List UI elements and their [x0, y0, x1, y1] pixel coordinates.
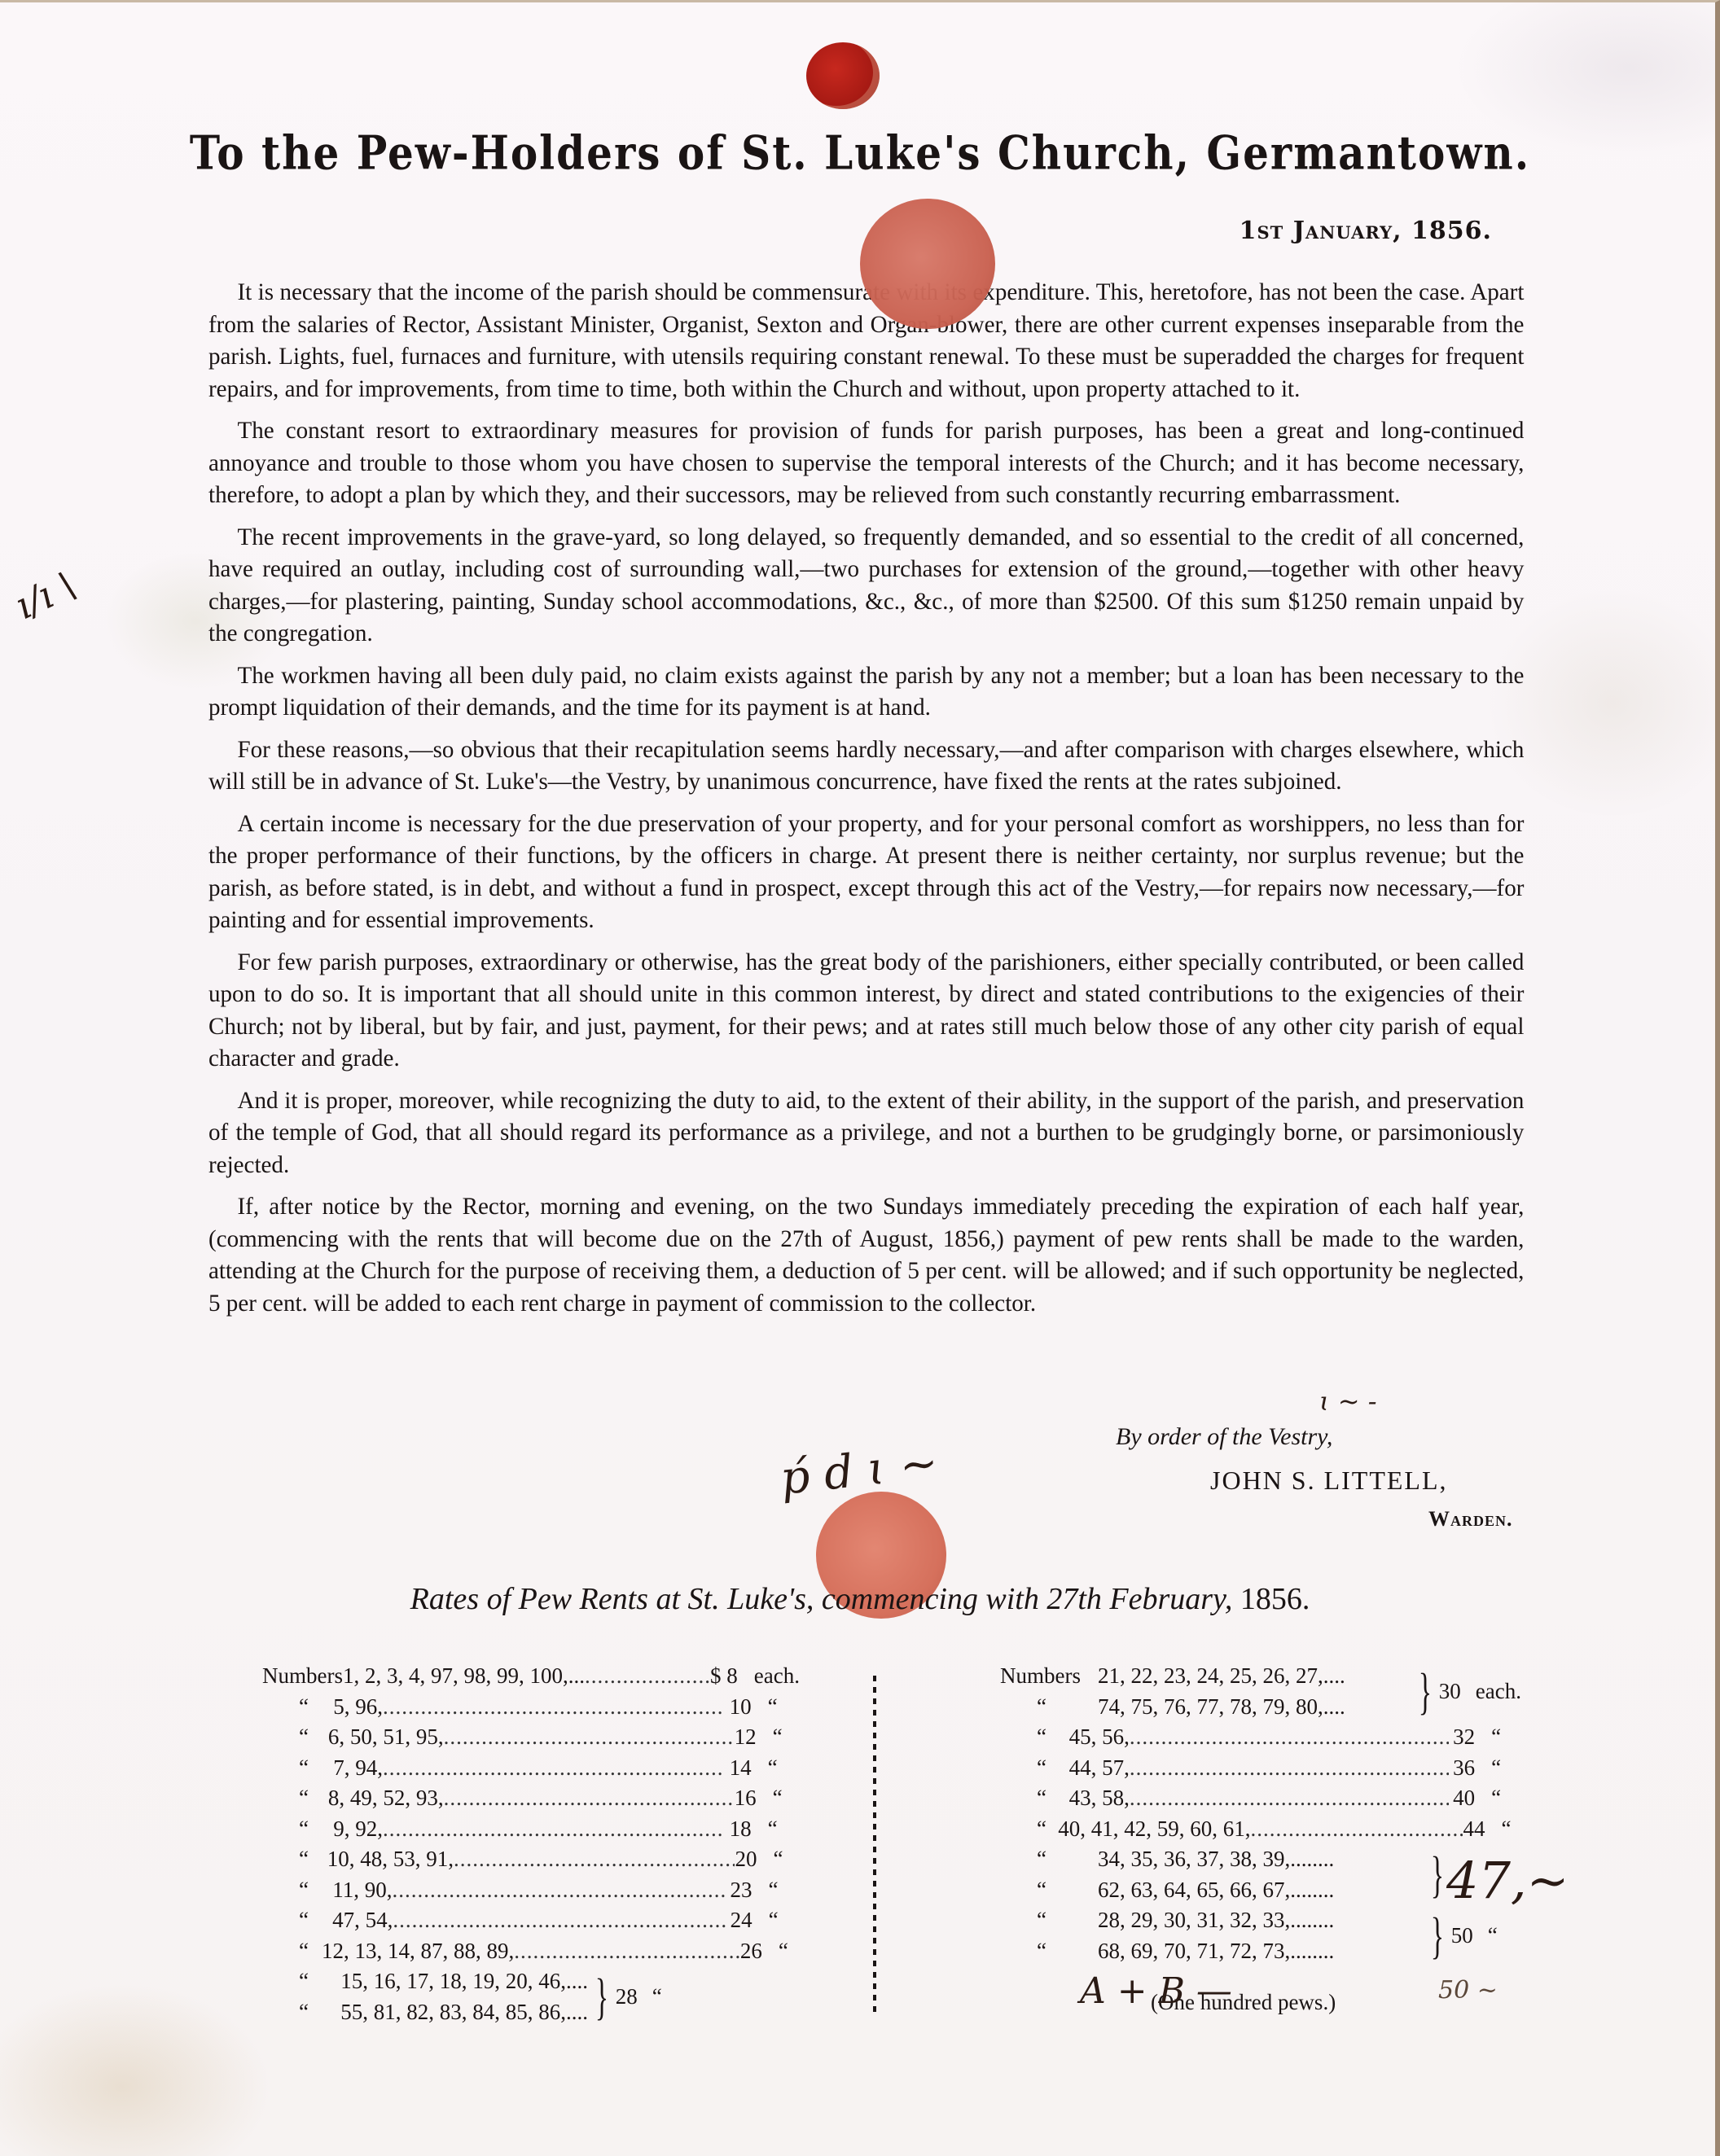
leader-dots	[383, 1814, 724, 1845]
row-label: “	[262, 1753, 333, 1784]
row-label: “	[1000, 1905, 1098, 1936]
pew-numbers: 74, 75, 76, 77, 78, 79, 80,....	[1098, 1692, 1345, 1723]
leader-dots	[514, 1936, 740, 1967]
pew-numbers: 34, 35, 36, 37, 38, 39,........	[1098, 1844, 1334, 1875]
leader-dots	[444, 1783, 733, 1814]
rate-price: 32	[1449, 1722, 1481, 1753]
rate-price: 26	[740, 1936, 769, 1967]
paragraph: It is necessary that the income of the p…	[208, 277, 1524, 405]
rate-price: 50	[1451, 1921, 1473, 1952]
rate-row: Numbers1, 2, 3, 4, 97, 98, 99, 100,...$ …	[262, 1661, 800, 1692]
leader-dots	[393, 1905, 725, 1936]
rate-group-lines: “28, 29, 30, 31, 32, 33,........“68, 69,…	[1000, 1905, 1424, 1966]
rate-group-lines: Numbers21, 22, 23, 24, 25, 26, 27,....“7…	[1000, 1661, 1411, 1722]
pew-numbers: 7, 94,	[333, 1753, 383, 1784]
rate-price: 12	[733, 1722, 763, 1753]
rate-price: 18	[724, 1814, 758, 1845]
wax-seal-top	[806, 42, 880, 109]
rate-group-lines: “15, 16, 17, 18, 19, 20, 46,....“55, 81,…	[262, 1966, 588, 2027]
pew-numbers: 11, 90,	[332, 1875, 392, 1906]
pew-numbers: 55, 81, 82, 83, 84, 85, 86,....	[340, 1997, 588, 2028]
rate-unit: “	[638, 1982, 662, 2013]
brace-icon: }	[1431, 1911, 1444, 1961]
wax-seal-middle	[860, 199, 995, 329]
leader-dots	[383, 1692, 724, 1723]
row-label: “	[262, 1692, 333, 1723]
paragraph: If, after notice by the Rector, morning …	[208, 1191, 1524, 1320]
rate-row: “9, 92,18“	[262, 1814, 800, 1845]
pew-numbers: 45, 56,	[1069, 1722, 1130, 1753]
rate-unit: “	[759, 1905, 800, 1936]
pew-numbers: 10, 48, 53, 91,	[327, 1844, 454, 1875]
brace-icon: }	[595, 1972, 608, 2022]
rate-price: 24	[726, 1905, 759, 1936]
rate-row: “43, 58,40“	[1000, 1783, 1521, 1814]
rates-table-right: Numbers21, 22, 23, 24, 25, 26, 27,....“7…	[1000, 1661, 1521, 1966]
rates-table-left: Numbers1, 2, 3, 4, 97, 98, 99, 100,...$ …	[262, 1661, 800, 2027]
brace-icon: }	[1419, 1667, 1432, 1717]
pew-numbers: 43, 58,	[1069, 1783, 1130, 1814]
pew-numbers: 1, 2, 3, 4, 97, 98, 99, 100,...	[343, 1661, 585, 1692]
rate-row: “28, 29, 30, 31, 32, 33,........	[1000, 1905, 1424, 1936]
signatory-name: JOHN S. LITTELL,	[1210, 1466, 1513, 1496]
pew-numbers: 47, 54,	[332, 1905, 393, 1936]
rate-group: “15, 16, 17, 18, 19, 20, 46,....“55, 81,…	[262, 1966, 800, 2027]
pew-numbers: 6, 50, 51, 95,	[328, 1722, 444, 1753]
row-label: “	[1000, 1814, 1058, 1845]
row-label: “	[1000, 1844, 1098, 1875]
rate-row: “55, 81, 82, 83, 84, 85, 86,....	[262, 1997, 588, 2028]
rate-price: 30	[1439, 1676, 1461, 1707]
row-label: “	[262, 1905, 332, 1936]
rate-unit: “	[1481, 1753, 1521, 1784]
rate-row: “15, 16, 17, 18, 19, 20, 46,....	[262, 1966, 588, 1997]
pew-numbers: 8, 49, 52, 93,	[328, 1783, 444, 1814]
rate-unit: “	[758, 1753, 800, 1784]
document-title: To the Pew-Holders of St. Luke's Church,…	[0, 125, 1720, 181]
rate-price: 44	[1463, 1814, 1491, 1845]
rate-price: 40	[1449, 1783, 1481, 1814]
pew-numbers: 68, 69, 70, 71, 72, 73,........	[1098, 1936, 1334, 1967]
rate-unit: “	[763, 1783, 800, 1814]
paragraph: The recent improvements in the grave-yar…	[208, 522, 1524, 651]
row-label: “	[262, 1722, 328, 1753]
row-label: “	[1000, 1875, 1098, 1906]
rate-row: “8, 49, 52, 93,16“	[262, 1783, 800, 1814]
rate-group: “34, 35, 36, 37, 38, 39,........“62, 63,…	[1000, 1844, 1521, 1905]
rate-row: “12, 13, 14, 87, 88, 89,26“	[262, 1936, 800, 1967]
rate-unit: “	[758, 1814, 800, 1845]
rate-group: Numbers21, 22, 23, 24, 25, 26, 27,....“7…	[1000, 1661, 1521, 1722]
row-label: “	[262, 1875, 332, 1906]
leader-dots	[392, 1875, 725, 1906]
rate-row: “6, 50, 51, 95,12“	[262, 1722, 800, 1753]
handwritten-scratch: ɩ ~ -	[1319, 1386, 1377, 1417]
leader-dots	[585, 1661, 710, 1692]
row-label: “	[262, 1966, 340, 1997]
leader-dots	[1130, 1783, 1450, 1814]
pew-numbers: 15, 16, 17, 18, 19, 20, 46,....	[340, 1966, 588, 1997]
rate-row: “47, 54,24“	[262, 1905, 800, 1936]
rate-unit: “	[1481, 1722, 1521, 1753]
paragraph: And it is proper, moreover, while recogn…	[208, 1085, 1524, 1182]
rate-row: “44, 57,36“	[1000, 1753, 1521, 1784]
leader-dots	[1130, 1753, 1450, 1784]
rate-row: “40, 41, 42, 59, 60, 61,44“	[1000, 1814, 1521, 1845]
rate-price: 36	[1449, 1753, 1481, 1784]
rate-row: “34, 35, 36, 37, 38, 39,........	[1000, 1844, 1424, 1875]
rate-row: “7, 94,14“	[262, 1753, 800, 1784]
paragraph: For few parish purposes, extraordinary o…	[208, 947, 1524, 1076]
leader-dots	[1130, 1722, 1450, 1753]
rate-row: “74, 75, 76, 77, 78, 79, 80,....	[1000, 1692, 1411, 1723]
rate-unit: “	[759, 1875, 800, 1906]
row-label: “	[262, 1844, 327, 1875]
row-label: “	[1000, 1783, 1069, 1814]
rate-row: “62, 63, 64, 65, 66, 67,........	[1000, 1875, 1424, 1906]
row-label: “	[262, 1997, 340, 2028]
pew-numbers: 12, 13, 14, 87, 88, 89,	[322, 1936, 514, 1967]
pew-numbers: 62, 63, 64, 65, 66, 67,........	[1098, 1875, 1334, 1906]
rate-group: “28, 29, 30, 31, 32, 33,........“68, 69,…	[1000, 1905, 1521, 1966]
leader-dots	[1251, 1814, 1463, 1845]
rate-row: “10, 48, 53, 91,20“	[262, 1844, 800, 1875]
document-body: It is necessary that the income of the p…	[208, 277, 1524, 1330]
column-divider	[873, 1676, 876, 2014]
signatory-role: Warden.	[1428, 1507, 1513, 1532]
rate-price: 28	[616, 1982, 638, 2013]
leader-dots	[454, 1844, 735, 1875]
rate-price: 20	[735, 1844, 764, 1875]
rates-heading: Rates of Pew Rents at St. Luke's, commen…	[0, 1581, 1720, 1617]
rate-price: 14	[724, 1753, 758, 1784]
pew-numbers: 9, 92,	[333, 1814, 383, 1845]
leader-dots	[383, 1753, 724, 1784]
paragraph: The workmen having all been duly paid, n…	[208, 660, 1524, 725]
row-label: “	[1000, 1692, 1098, 1723]
row-label: “	[1000, 1753, 1069, 1784]
row-label: “	[262, 1783, 328, 1814]
row-label: “	[262, 1936, 322, 1967]
handwritten-note-50: 50 ~	[1438, 1976, 1498, 2005]
rate-price: 10	[724, 1692, 758, 1723]
rate-unit: each.	[744, 1661, 800, 1692]
rate-unit: each.	[1461, 1676, 1521, 1707]
row-label: “	[1000, 1936, 1098, 1967]
rate-unit: “	[763, 1722, 800, 1753]
rate-group-lines: “34, 35, 36, 37, 38, 39,........“62, 63,…	[1000, 1844, 1424, 1905]
rate-price: $ 8	[710, 1661, 744, 1692]
rate-unit: “	[1491, 1814, 1521, 1845]
rate-unit: “	[764, 1844, 800, 1875]
rate-row: “5, 96,10“	[262, 1692, 800, 1723]
rate-row: “45, 56,32“	[1000, 1722, 1521, 1753]
pew-numbers: 40, 41, 42, 59, 60, 61,	[1058, 1814, 1250, 1845]
rate-price: 23	[726, 1875, 759, 1906]
pew-numbers: 44, 57,	[1069, 1753, 1130, 1784]
rate-unit: “	[758, 1692, 800, 1723]
document-date: 1st January, 1856.	[1240, 217, 1492, 245]
rate-unit: “	[1473, 1921, 1498, 1952]
rate-unit: “	[1481, 1783, 1521, 1814]
rate-row: Numbers21, 22, 23, 24, 25, 26, 27,....	[1000, 1661, 1411, 1692]
row-label: “	[1000, 1722, 1069, 1753]
handwritten-note-ab: A + B —	[1080, 1970, 1232, 2012]
leader-dots	[444, 1722, 733, 1753]
brace-icon: }	[1431, 1850, 1444, 1900]
row-label: “	[262, 1814, 333, 1845]
rate-row: “11, 90,23“	[262, 1875, 800, 1906]
row-label: Numbers	[262, 1661, 343, 1692]
rate-price: 16	[733, 1783, 763, 1814]
handwritten-rate-47: 47,~	[1446, 1851, 1569, 1910]
rates-heading-text: Rates of Pew Rents at St. Luke's, commen…	[410, 1582, 1233, 1616]
pew-numbers: 21, 22, 23, 24, 25, 26, 27,....	[1098, 1661, 1345, 1692]
row-label: Numbers	[1000, 1661, 1098, 1692]
paragraph: A certain income is necessary for the du…	[208, 808, 1524, 937]
pew-numbers: 5, 96,	[333, 1692, 383, 1723]
paragraph: The constant resort to extraordinary mea…	[208, 415, 1524, 512]
paragraph: For these reasons,—so obvious that their…	[208, 734, 1524, 799]
rate-row: “68, 69, 70, 71, 72, 73,........	[1000, 1936, 1424, 1967]
by-order-line: By order of the Vestry,	[1116, 1423, 1513, 1451]
rates-heading-year: 1856.	[1240, 1582, 1310, 1616]
signature-block: By order of the Vestry, JOHN S. LITTELL,…	[1116, 1423, 1513, 1532]
pew-numbers: 28, 29, 30, 31, 32, 33,........	[1098, 1905, 1334, 1936]
rate-unit: “	[769, 1936, 800, 1967]
